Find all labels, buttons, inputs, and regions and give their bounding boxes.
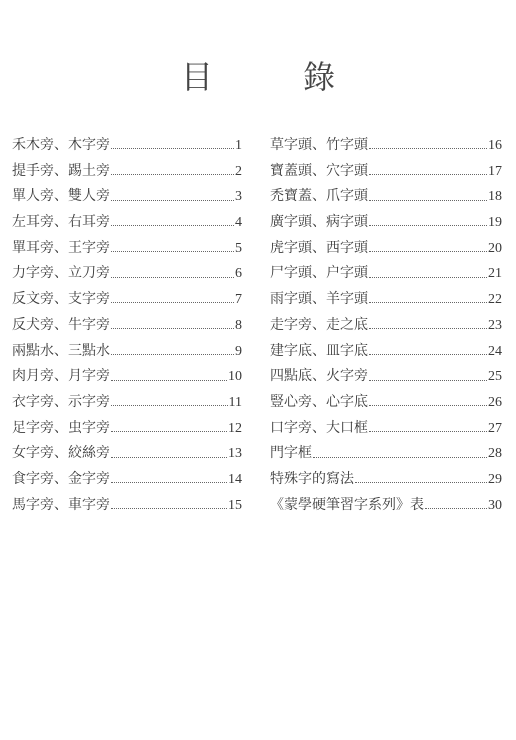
toc-entry[interactable]: 反文旁、支字旁 7 — [12, 287, 242, 313]
toc-entry-page: 11 — [229, 390, 242, 416]
toc-entry-page: 17 — [488, 159, 502, 185]
dot-leader — [111, 251, 234, 252]
dot-leader — [369, 354, 487, 355]
toc-entry-label: 走字旁、走之底 — [270, 313, 368, 339]
toc-entry-label: 豎心旁、心字底 — [270, 390, 368, 416]
dot-leader — [111, 328, 234, 329]
toc-entry-page: 10 — [228, 364, 242, 390]
toc-entry[interactable]: 特殊字的寫法 29 — [270, 467, 502, 493]
toc-entry-label: 單耳旁、王字旁 — [12, 236, 110, 262]
toc-entry[interactable]: 門字框 28 — [270, 441, 502, 467]
toc-entry-page: 14 — [228, 467, 242, 493]
toc-entry-page: 22 — [488, 287, 502, 313]
toc-entry-label: 虎字頭、西字頭 — [270, 236, 368, 262]
dot-leader — [369, 148, 487, 149]
toc-right-column: 草字頭、竹字頭 16 寶蓋頭、穴字頭 17 禿寶蓋、爪字頭 18 廣字頭、病字頭… — [270, 133, 502, 518]
toc-entry-page: 23 — [488, 313, 502, 339]
dot-leader — [369, 251, 487, 252]
toc-entry-label: 雨字頭、羊字頭 — [270, 287, 368, 313]
dot-leader — [369, 200, 487, 201]
toc-entry-page: 26 — [488, 390, 502, 416]
dot-leader — [369, 277, 487, 278]
toc-entry[interactable]: 左耳旁、右耳旁 4 — [12, 210, 242, 236]
toc-entry[interactable]: 草字頭、竹字頭 16 — [270, 133, 502, 159]
dot-leader — [111, 277, 234, 278]
toc-entry-label: 建字底、皿字底 — [270, 339, 368, 365]
dot-leader — [111, 200, 234, 201]
toc-entry[interactable]: 《蒙學硬筆習字系列》表 30 — [270, 493, 502, 519]
toc-entry[interactable]: 食字旁、金字旁 14 — [12, 467, 242, 493]
dot-leader — [111, 225, 234, 226]
toc-entry[interactable]: 衣字旁、示字旁 11 — [12, 390, 242, 416]
toc-entry[interactable]: 力字旁、立刀旁 6 — [12, 261, 242, 287]
toc-entry-label: 寶蓋頭、穴字頭 — [270, 159, 368, 185]
toc-entry-page: 4 — [235, 210, 242, 236]
toc-entry-label: 單人旁、雙人旁 — [12, 184, 110, 210]
toc-entry-label: 提手旁、踢土旁 — [12, 159, 110, 185]
dot-leader — [369, 380, 487, 381]
toc-entry[interactable]: 肉月旁、月字旁 10 — [12, 364, 242, 390]
toc-entry-label: 草字頭、竹字頭 — [270, 133, 368, 159]
toc-entry-page: 9 — [235, 339, 242, 365]
toc-entry-page: 29 — [488, 467, 502, 493]
toc-entry[interactable]: 豎心旁、心字底 26 — [270, 390, 502, 416]
dot-leader — [111, 482, 227, 483]
toc-entry-label: 特殊字的寫法 — [270, 467, 354, 493]
toc-entry[interactable]: 口字旁、大口框 27 — [270, 416, 502, 442]
dot-leader — [111, 508, 227, 509]
toc-entry[interactable]: 馬字旁、車字旁 15 — [12, 493, 242, 519]
dot-leader — [369, 174, 487, 175]
page-title: 目 錄 — [0, 52, 516, 98]
toc-entry-label: 禾木旁、木字旁 — [12, 133, 110, 159]
dot-leader — [369, 328, 487, 329]
toc-entry[interactable]: 女字旁、絞絲旁 13 — [12, 441, 242, 467]
toc-entry-label: 反犬旁、牛字旁 — [12, 313, 110, 339]
toc-entry-page: 15 — [228, 493, 242, 519]
toc-entry[interactable]: 走字旁、走之底 23 — [270, 313, 502, 339]
toc-entry[interactable]: 兩點水、三點水 9 — [12, 339, 242, 365]
dot-leader — [369, 302, 487, 303]
toc-left-column: 禾木旁、木字旁 1 提手旁、踢土旁 2 單人旁、雙人旁 3 左耳旁、右耳旁 4 … — [12, 133, 242, 518]
toc-entry-page: 8 — [235, 313, 242, 339]
dot-leader — [111, 302, 234, 303]
toc-entry-page: 19 — [488, 210, 502, 236]
toc-entry[interactable]: 足字旁、虫字旁 12 — [12, 416, 242, 442]
dot-leader — [313, 457, 487, 458]
toc-entry-page: 16 — [488, 133, 502, 159]
dot-leader — [369, 225, 487, 226]
toc-entry-page: 6 — [235, 261, 242, 287]
toc-entry[interactable]: 建字底、皿字底 24 — [270, 339, 502, 365]
toc-entry-label: 衣字旁、示字旁 — [12, 390, 110, 416]
dot-leader — [369, 405, 487, 406]
toc-entry[interactable]: 廣字頭、病字頭 19 — [270, 210, 502, 236]
toc-entry[interactable]: 單耳旁、王字旁 5 — [12, 236, 242, 262]
toc-entry-label: 口字旁、大口框 — [270, 416, 368, 442]
toc-entry-label: 門字框 — [270, 441, 312, 467]
dot-leader — [111, 405, 228, 406]
toc-entry-label: 食字旁、金字旁 — [12, 467, 110, 493]
toc-entry-page: 12 — [228, 416, 242, 442]
toc-entry[interactable]: 禾木旁、木字旁 1 — [12, 133, 242, 159]
toc-entry-page: 25 — [488, 364, 502, 390]
toc-entry[interactable]: 雨字頭、羊字頭 22 — [270, 287, 502, 313]
toc-entry[interactable]: 禿寶蓋、爪字頭 18 — [270, 184, 502, 210]
toc-entry-page: 18 — [488, 184, 502, 210]
toc-entry-page: 5 — [235, 236, 242, 262]
toc-entry[interactable]: 寶蓋頭、穴字頭 17 — [270, 159, 502, 185]
toc-entry-label: 尸字頭、户字頭 — [270, 261, 368, 287]
toc-entry-page: 20 — [488, 236, 502, 262]
toc-entry-label: 四點底、火字旁 — [270, 364, 368, 390]
dot-leader — [111, 457, 227, 458]
toc-entry-label: 廣字頭、病字頭 — [270, 210, 368, 236]
toc-entry-page: 1 — [235, 133, 242, 159]
toc-entry-page: 21 — [488, 261, 502, 287]
toc-entry-label: 左耳旁、右耳旁 — [12, 210, 110, 236]
toc-entry[interactable]: 提手旁、踢土旁 2 — [12, 159, 242, 185]
toc-entry-page: 28 — [488, 441, 502, 467]
toc-entry-label: 足字旁、虫字旁 — [12, 416, 110, 442]
toc-entry-page: 2 — [235, 159, 242, 185]
toc-entry-label: 女字旁、絞絲旁 — [12, 441, 110, 467]
toc-entry-page: 27 — [488, 416, 502, 442]
dot-leader — [355, 482, 487, 483]
dot-leader — [111, 148, 234, 149]
toc-entry-label: 兩點水、三點水 — [12, 339, 110, 365]
toc-entry-page: 3 — [235, 184, 242, 210]
dot-leader — [111, 174, 234, 175]
toc-entry-label: 馬字旁、車字旁 — [12, 493, 110, 519]
toc-entry-label: 反文旁、支字旁 — [12, 287, 110, 313]
toc-entry[interactable]: 尸字頭、户字頭 21 — [270, 261, 502, 287]
toc-entry-page: 30 — [488, 493, 502, 519]
dot-leader — [111, 380, 227, 381]
toc-entry[interactable]: 單人旁、雙人旁 3 — [12, 184, 242, 210]
toc-entry-label: 《蒙學硬筆習字系列》表 — [270, 493, 424, 519]
toc-entry[interactable]: 反犬旁、牛字旁 8 — [12, 313, 242, 339]
toc-entry-label: 肉月旁、月字旁 — [12, 364, 110, 390]
dot-leader — [111, 354, 234, 355]
toc-entry-page: 24 — [488, 339, 502, 365]
toc-entry[interactable]: 四點底、火字旁 25 — [270, 364, 502, 390]
toc-entry-label: 禿寶蓋、爪字頭 — [270, 184, 368, 210]
dot-leader — [111, 431, 227, 432]
toc-entry-page: 13 — [228, 441, 242, 467]
dot-leader — [369, 431, 487, 432]
toc-entry-page: 7 — [235, 287, 242, 313]
toc-entry-label: 力字旁、立刀旁 — [12, 261, 110, 287]
dot-leader — [425, 508, 487, 509]
toc-entry[interactable]: 虎字頭、西字頭 20 — [270, 236, 502, 262]
